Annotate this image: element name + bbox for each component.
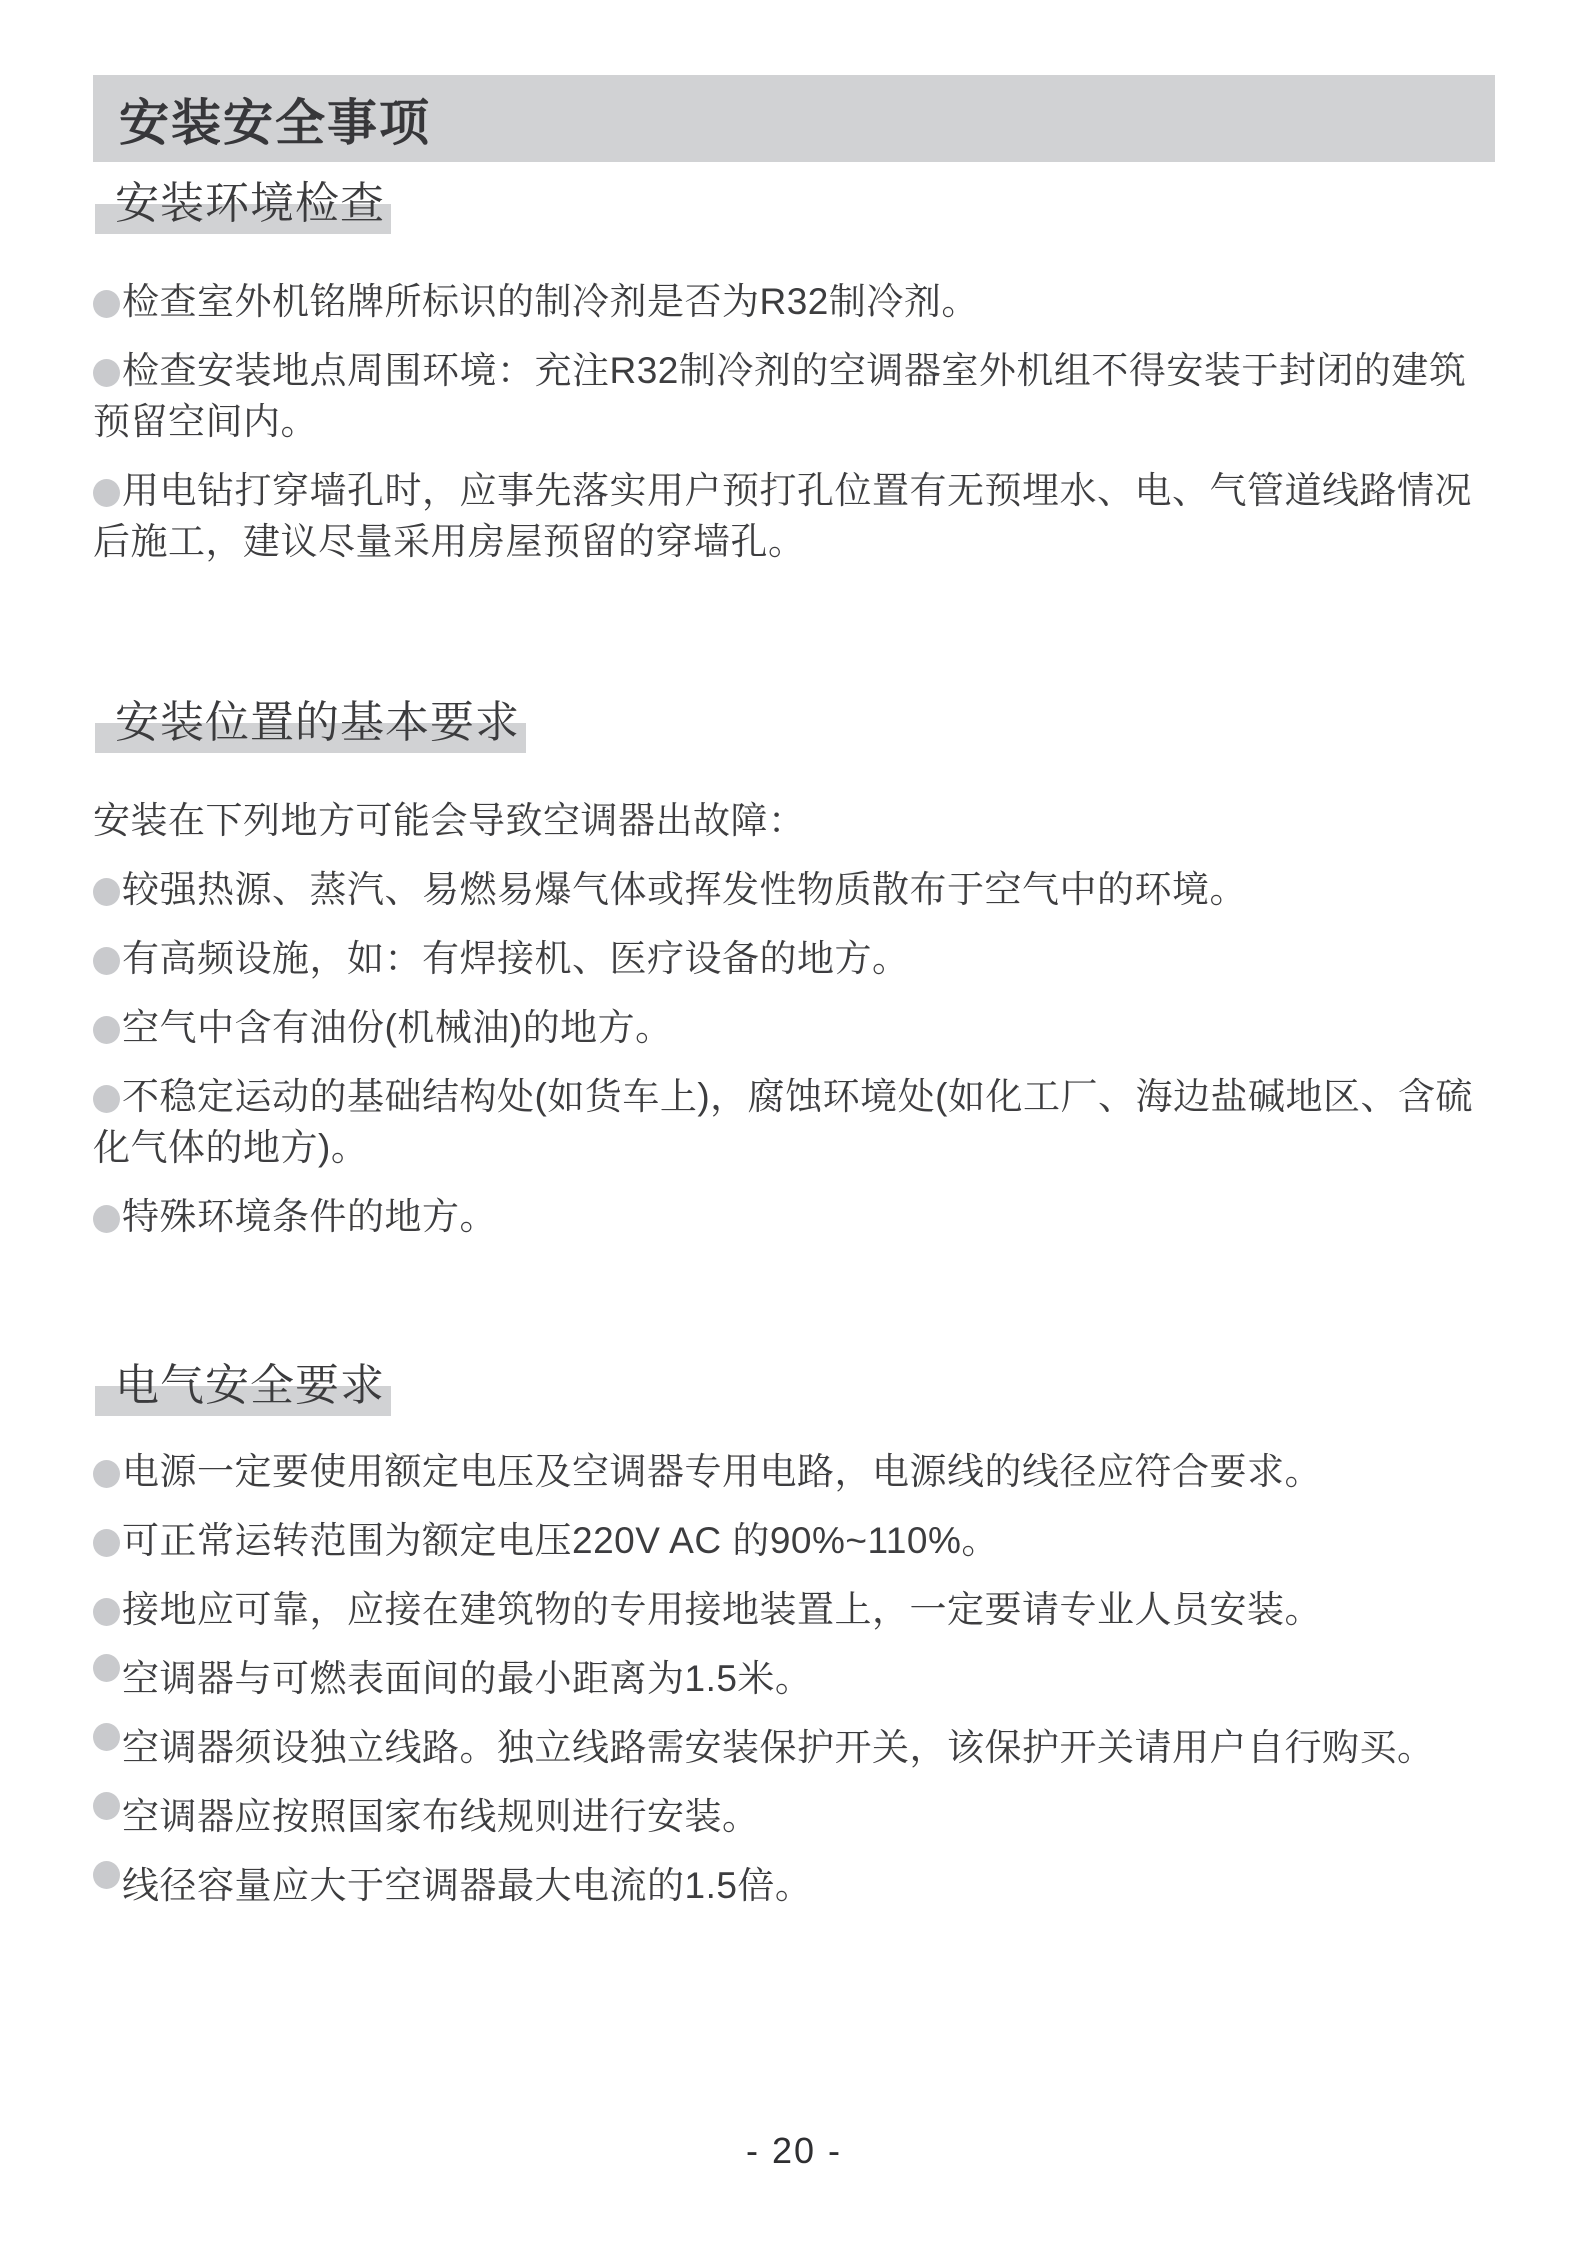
list-item: 检查室外机铭牌所标识的制冷剂是否为R32制冷剂。 <box>93 276 1495 327</box>
bullet-text: 线径容量应大于空调器最大电流的1.5倍。 <box>122 1865 812 1906</box>
bullet-dot-icon <box>93 1792 120 1820</box>
list-item: 用电钻打穿墙孔时，应事先落实用户预打孔位置有无预埋水、电、气管道线路情况后施工，… <box>93 465 1495 567</box>
page-content: 安装安全事项 安装环境检查 检查室外机铭牌所标识的制冷剂是否为R32制冷剂。 检… <box>0 75 1588 1911</box>
bullet-text: 用电钻打穿墙孔时，应事先落实用户预打孔位置有无预埋水、电、气管道线路情况后施工，… <box>93 470 1472 562</box>
bullet-dot-icon <box>93 1723 120 1751</box>
section-3-heading-text: 电气安全要求 <box>115 1361 385 1410</box>
list-item: 空调器与可燃表面间的最小距离为1.5米。 <box>93 1653 1495 1704</box>
section-2-heading-text: 安装位置的基本要求 <box>115 698 520 747</box>
bullet-dot-icon <box>93 1085 120 1113</box>
page-number: - 20 - <box>0 2130 1588 2172</box>
bullet-dot-icon <box>93 1460 120 1488</box>
section-3-bullets: 电源一定要使用额定电压及空调器专用电路，电源线的线径应符合要求。 可正常运转范围… <box>93 1446 1495 1911</box>
bullet-dot-icon <box>93 1654 120 1682</box>
list-item: 较强热源、蒸汽、易燃易爆气体或挥发性物质散布于空气中的环境。 <box>93 864 1495 915</box>
bullet-text: 检查安装地点周围环境：充注R32制冷剂的空调器室外机组不得安装于封闭的建筑预留空… <box>93 350 1466 442</box>
section-2-heading: 安装位置的基本要求 <box>115 699 520 747</box>
bullet-dot-icon <box>93 878 120 906</box>
bullet-dot-icon <box>93 1861 120 1889</box>
list-item: 空调器须设独立线路。独立线路需安装保护开关，该保护开关请用户自行购买。 <box>93 1722 1495 1773</box>
list-item: 空气中含有油份(机械油)的地方。 <box>93 1002 1495 1053</box>
list-item: 检查安装地点周围环境：充注R32制冷剂的空调器室外机组不得安装于封闭的建筑预留空… <box>93 345 1495 447</box>
list-item: 空调器应按照国家布线规则进行安装。 <box>93 1791 1495 1842</box>
section-1-heading: 安装环境检查 <box>115 180 385 228</box>
section-2-intro: 安装在下列地方可能会导致空调器出故障： <box>93 795 1495 846</box>
bullet-text: 接地应可靠，应接在建筑物的专用接地装置上，一定要请专业人员安装。 <box>122 1589 1322 1630</box>
list-item: 有高频设施，如：有焊接机、医疗设备的地方。 <box>93 933 1495 984</box>
section-2: 安装位置的基本要求 <box>93 699 1495 747</box>
manual-page: 安装安全事项 安装环境检查 检查室外机铭牌所标识的制冷剂是否为R32制冷剂。 检… <box>0 0 1588 2245</box>
bullet-dot-icon <box>93 290 120 318</box>
bullet-text: 特殊环境条件的地方。 <box>122 1196 497 1237</box>
bullet-text: 较强热源、蒸汽、易燃易爆气体或挥发性物质散布于空气中的环境。 <box>122 869 1247 910</box>
bullet-dot-icon <box>93 947 120 975</box>
list-item: 不稳定运动的基础结构处(如货车上)，腐蚀环境处(如化工厂、海边盐碱地区、含硫化气… <box>93 1071 1495 1173</box>
bullet-text: 检查室外机铭牌所标识的制冷剂是否为R32制冷剂。 <box>122 281 979 322</box>
bullet-text: 有高频设施，如：有焊接机、医疗设备的地方。 <box>122 938 910 979</box>
section-3: 电气安全要求 <box>93 1362 1495 1410</box>
bullet-text: 空气中含有油份(机械油)的地方。 <box>122 1007 673 1048</box>
section-1-heading-text: 安装环境检查 <box>115 179 385 228</box>
list-item: 可正常运转范围为额定电压220V AC 的90%~110%。 <box>93 1515 1495 1566</box>
section-3-heading: 电气安全要求 <box>115 1362 385 1410</box>
list-item: 特殊环境条件的地方。 <box>93 1191 1495 1242</box>
bullet-dot-icon <box>93 1205 120 1233</box>
bullet-text: 空调器应按照国家布线规则进行安装。 <box>122 1796 760 1837</box>
chapter-title-bar: 安装安全事项 <box>93 75 1495 162</box>
section-1-bullets: 检查室外机铭牌所标识的制冷剂是否为R32制冷剂。 检查安装地点周围环境：充注R3… <box>93 276 1495 567</box>
bullet-dot-icon <box>93 1016 120 1044</box>
chapter-title: 安装安全事项 <box>119 83 431 155</box>
bullet-text: 不稳定运动的基础结构处(如货车上)，腐蚀环境处(如化工厂、海边盐碱地区、含硫化气… <box>93 1076 1473 1168</box>
bullet-dot-icon <box>93 1598 120 1626</box>
bullet-dot-icon <box>93 479 120 507</box>
section-2-bullets: 安装在下列地方可能会导致空调器出故障： 较强热源、蒸汽、易燃易爆气体或挥发性物质… <box>93 795 1495 1242</box>
bullet-text: 空调器与可燃表面间的最小距离为1.5米。 <box>122 1658 812 1699</box>
list-item: 电源一定要使用额定电压及空调器专用电路，电源线的线径应符合要求。 <box>93 1446 1495 1497</box>
bullet-dot-icon <box>93 359 120 387</box>
bullet-text: 空调器须设独立线路。独立线路需安装保护开关，该保护开关请用户自行购买。 <box>122 1727 1435 1768</box>
bullet-text: 电源一定要使用额定电压及空调器专用电路，电源线的线径应符合要求。 <box>122 1451 1322 1492</box>
bullet-text: 可正常运转范围为额定电压220V AC 的90%~110%。 <box>122 1520 999 1561</box>
list-item: 线径容量应大于空调器最大电流的1.5倍。 <box>93 1860 1495 1911</box>
section-1: 安装环境检查 <box>93 180 1495 228</box>
list-item: 接地应可靠，应接在建筑物的专用接地装置上，一定要请专业人员安装。 <box>93 1584 1495 1635</box>
bullet-dot-icon <box>93 1529 120 1557</box>
